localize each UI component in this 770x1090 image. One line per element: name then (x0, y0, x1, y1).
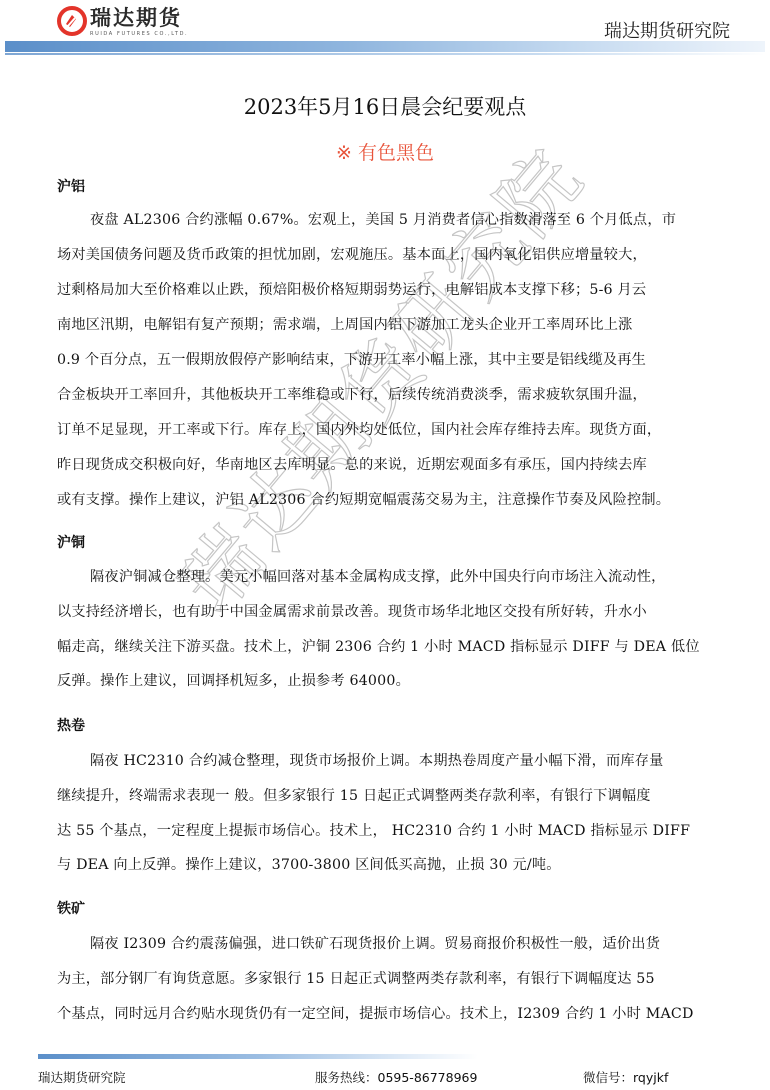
section-heading-copper: 沪铜 (57, 532, 85, 552)
paragraph-line: 为主，部分钢厂有询货意愿。多家银行 15 日起正式调整两类存款利率，有银行下调幅… (57, 968, 767, 988)
paragraph-line: 过剩格局加大至价格难以止跌，预焙阳极价格短期弱势运行，电解铝成本支撑下移；5-6… (57, 279, 767, 299)
paragraph-line: 南地区汛期，电解铝有复产预期；需求端，上周国内铝下游加工龙头企业开工率周环比上涨 (57, 314, 767, 334)
paragraph-line: 幅走高，继续关注下游买盘。技术上，沪铜 2306 合约 1 小时 MACD 指标… (57, 636, 767, 656)
paragraph-line: 反弹。操作上建议，回调择机短多，止损参考 64000。 (57, 670, 767, 690)
section-heading-hot-rolled-coil: 热卷 (57, 715, 85, 735)
footer-wechat: 微信号：rqyjkf (583, 1068, 668, 1086)
footer-institute: 瑞达期货研究院 (38, 1068, 126, 1086)
header-gradient-band (5, 41, 765, 52)
paragraph-line: 合金板块开工率回升，其他板块开工率维稳或下行，后续传统消费淡季，需求疲软氛围升温… (57, 384, 767, 404)
paragraph-line: 0.9 个百分点，五一假期放假停产影响结束，下游开工率小幅上涨，其中主要是铝线缆… (57, 349, 767, 369)
footer-gradient-band (38, 1054, 478, 1059)
paragraph-line: 个基点，同时远月合约贴水现货仍有一定空间，提振市场信心。技术上，I2309 合约… (57, 1003, 767, 1023)
watermark: 瑞达期货研究院 (150, 120, 605, 632)
logo-chinese-name: 瑞达期货 (90, 6, 188, 30)
logo-english-name: RUIDA FUTURES CO.,LTD. (90, 31, 188, 38)
paragraph-line: 场对美国债务问题及货币政策的担忧加剧，宏观施压。基本面上，国内氧化铝供应增量较大… (57, 244, 767, 264)
paragraph-line: 或有支撑。操作上建议，沪铝 AL2306 合约短期宽幅震荡交易为主，注意操作节奏… (57, 489, 767, 509)
paragraph-line: 以支持经济增长，也有助于中国金属需求前景改善。现货市场华北地区交投有所好转，升水… (57, 601, 767, 621)
paragraph-line: 隔夜 I2309 合约震荡偏强，进口铁矿石现货报价上调。贸易商报价积极性一般，适… (90, 933, 770, 953)
header-institute-title: 瑞达期货研究院 (604, 17, 730, 43)
page-header: 瑞达期货 RUIDA FUTURES CO.,LTD. 瑞达期货研究院 (0, 0, 770, 56)
paragraph-line: 隔夜沪铜减仓整理。美元小幅回落对基本金属构成支撑，此外中国央行向市场注入流动性， (90, 566, 770, 586)
paragraph-line: 与 DEA 向上反弹。操作上建议，3700-3800 区间低买高抛，止损 30 … (57, 854, 767, 874)
paragraph-line: 订单不足显现，开工率或下行。库存上，国内外均处低位，国内社会库存维持去库。现货方… (57, 419, 767, 439)
ruida-logo-icon (57, 6, 87, 36)
paragraph-line: 继续提升，终端需求表现一 般。但多家银行 15 日起正式调整两类存款利率，有银行… (57, 785, 767, 805)
paragraph-line: 隔夜 HC2310 合约减仓整理，现货市场报价上调。本期热卷周度产量小幅下滑，而… (90, 750, 770, 770)
section-heading-iron-ore: 铁矿 (57, 898, 85, 918)
footer-hotline: 服务热线：0595-86778969 (315, 1068, 477, 1086)
paragraph-line: 昨日现货成交积极向好，华南地区去库明显。总的来说，近期宏观面多有承压，国内持续去… (57, 454, 767, 474)
document-subtitle: ※ 有色黑色 (0, 138, 770, 165)
paragraph-line: 夜盘 AL2306 合约涨幅 0.67%。宏观上，美国 5 月消费者信心指数滑落… (90, 209, 770, 229)
paragraph-line: 达 55 个基点，一定程度上提振市场信心。技术上， HC2310 合约 1 小时… (57, 820, 767, 840)
header-divider (5, 53, 765, 55)
section-heading-aluminum: 沪铝 (57, 176, 85, 196)
company-logo: 瑞达期货 RUIDA FUTURES CO.,LTD. (57, 6, 188, 40)
document-title: 2023年5月16日晨会纪要观点 (0, 91, 770, 121)
